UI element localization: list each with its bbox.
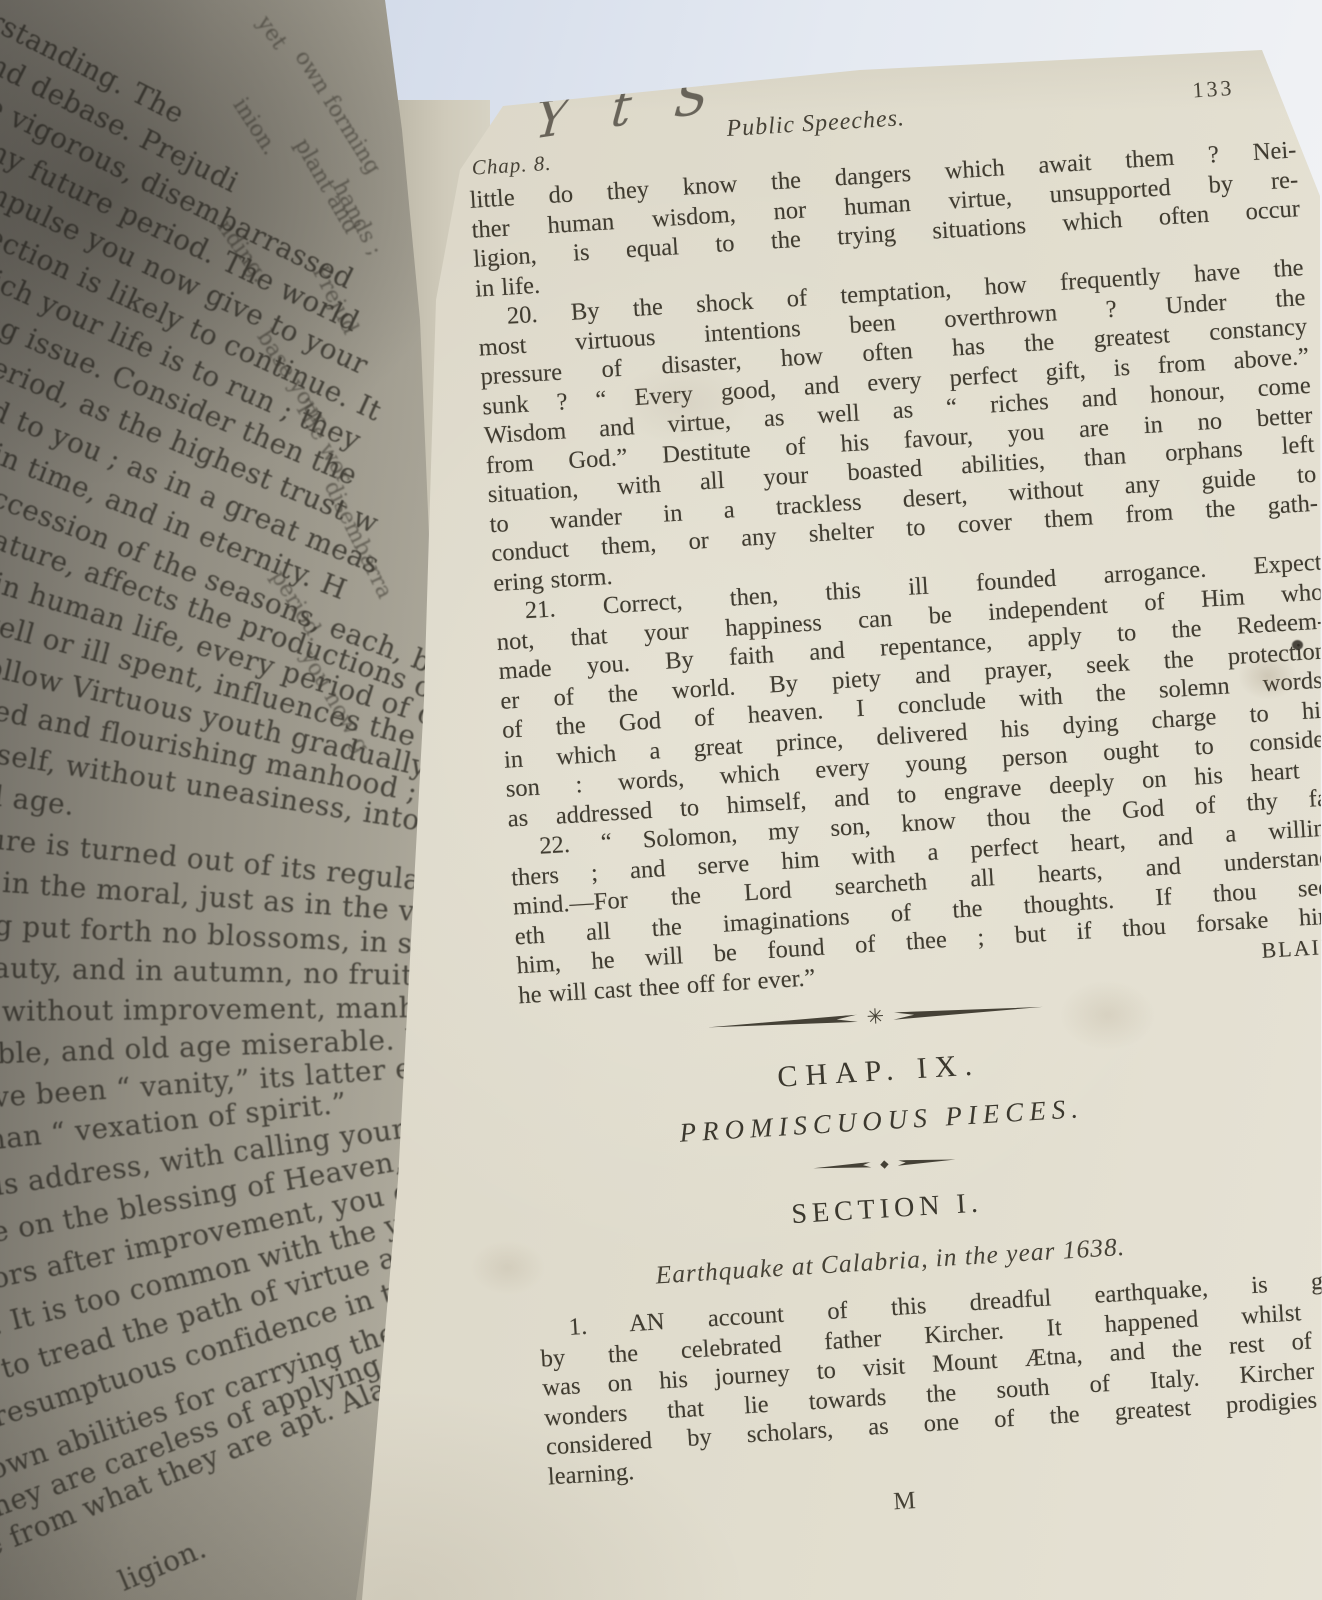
- left-page-spine-fragment: inion.: [228, 94, 283, 160]
- left-page-text-fragment: ligion.: [114, 1531, 212, 1597]
- ornament-rule-right: [893, 1003, 1043, 1020]
- ornament-asterisk-icon: ✳: [866, 1006, 885, 1028]
- ornament-rule-right: [897, 1156, 955, 1166]
- right-page-content: Chap. 8. Y t S Public Speeches. 133 litt…: [465, 71, 1322, 1537]
- ornament-rule-left: [813, 1162, 871, 1172]
- page-number: 133: [1192, 75, 1236, 104]
- ornament-rule-left: [708, 1014, 858, 1031]
- book-photo: erstanding. The and debase. Prejudi re v…: [0, 0, 1322, 1600]
- author-attribution: BLAIR.: [1261, 930, 1322, 965]
- ornament-diamond-icon: ◆: [880, 1158, 889, 1169]
- left-page-spine-fragment: yet: [252, 12, 292, 54]
- left-page-text-fragment: ld age.: [0, 777, 77, 822]
